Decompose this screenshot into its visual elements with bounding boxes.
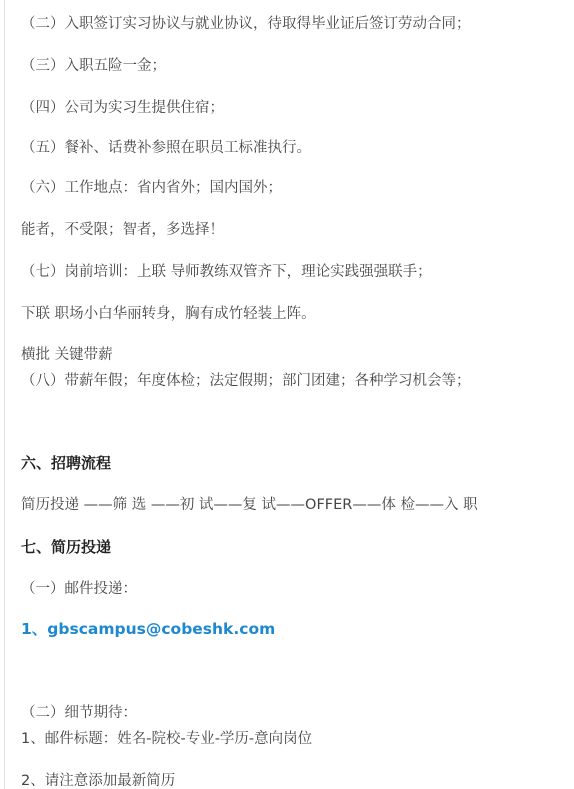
section-heading-resume-submission: 七、简历投递	[21, 537, 111, 557]
training-couplet-first: （七）岗前培训：上联 导师教练双管齐下，理论实践强强联手；	[21, 262, 432, 282]
benefit-contract: （二）入职签订实习协议与就业协议，待取得毕业证后签订劳动合同；	[21, 14, 471, 34]
benefit-paid-leave: （八）带薪年假；年度体检；法定假期；部门团建；各种学习机会等；	[21, 371, 471, 391]
email-submission-label: （一）邮件投递：	[21, 579, 137, 599]
detail-expectations-label: （二）细节期待：	[21, 703, 137, 723]
benefit-allowance: （五）餐补、话费补参照在职员工标准执行。	[21, 138, 311, 158]
benefit-location: （六）工作地点：省内省外；国内国外；	[21, 178, 282, 198]
recruitment-process-steps: 简历投递 ——筛 选 ——初 试——复 试——OFFER——体 检——入 职	[21, 495, 478, 515]
email-subject-format: 1、邮件标题：姓名-院校-专业-学历-意向岗位	[21, 729, 312, 749]
email-link[interactable]: 1、gbscampus@cobeshk.com	[21, 619, 275, 639]
benefit-housing: （四）公司为实习生提供住宿；	[21, 98, 224, 118]
benefit-slogan: 能者，不受限；智者，多选择！	[21, 220, 224, 240]
section-heading-recruitment-process: 六、招聘流程	[21, 453, 111, 473]
training-couplet-banner: 横批 关键带薪	[21, 345, 113, 365]
left-border-rule	[4, 0, 5, 789]
benefit-insurance: （三）入职五险一金；	[21, 56, 166, 76]
training-couplet-second: 下联 职场小白华丽转身，胸有成竹轻装上阵。	[21, 304, 316, 324]
attach-resume-note: 2、请注意添加最新简历	[21, 771, 175, 789]
